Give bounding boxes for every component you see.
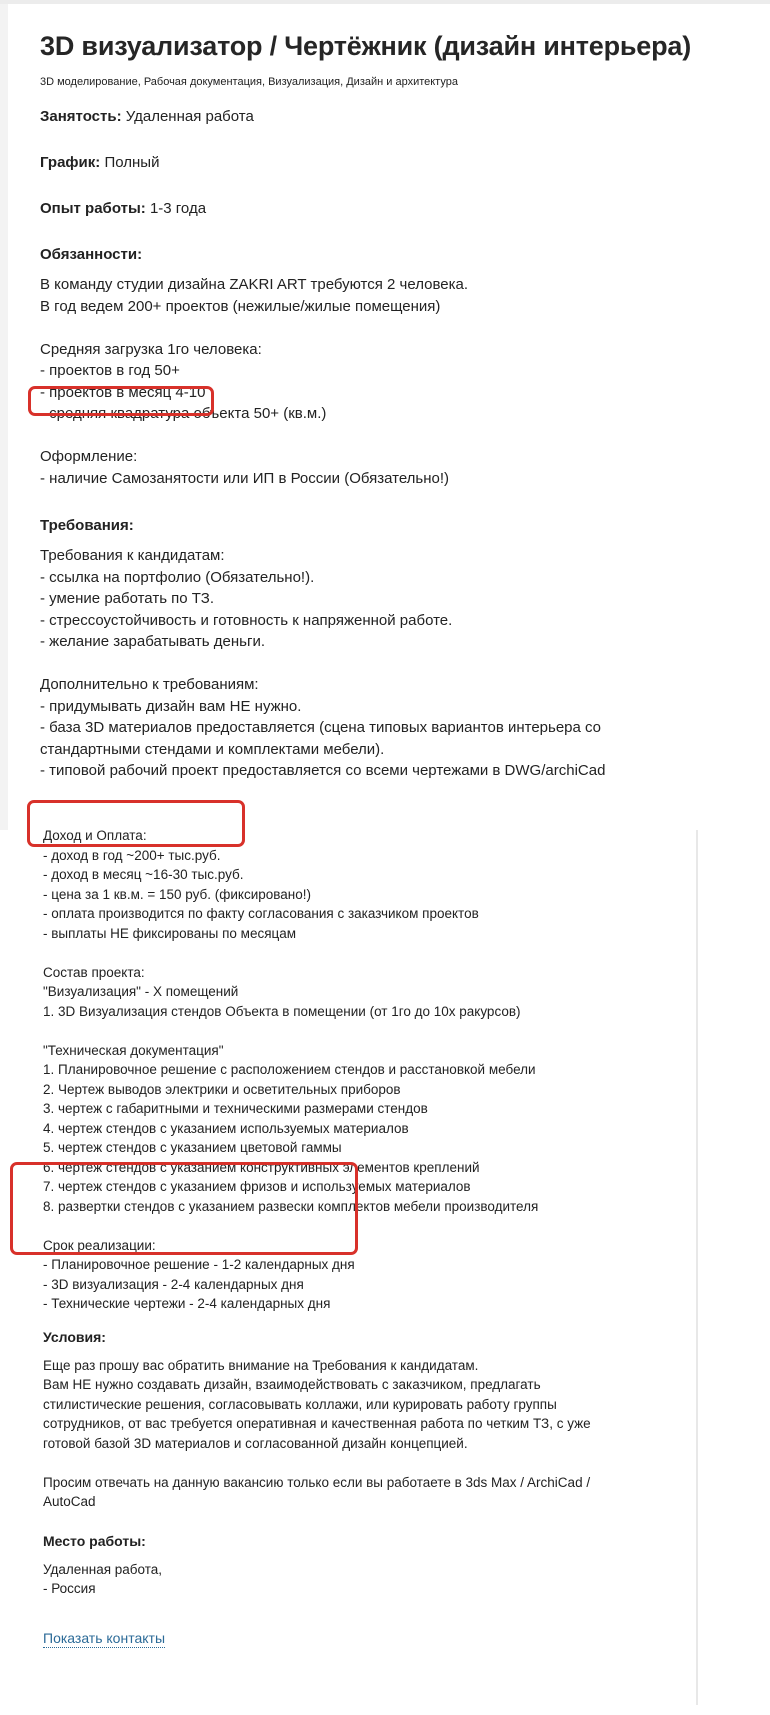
- text-line: сотрудников, от вас требуется оперативна…: [43, 1414, 683, 1434]
- text-line: Удаленная работа,: [43, 1560, 683, 1580]
- text-line: - оплата производится по факту согласова…: [43, 904, 683, 924]
- text-line: Просим отвечать на данную вакансию тольк…: [43, 1473, 683, 1493]
- text-line: Состав проекта:: [43, 963, 683, 983]
- text-line: В команду студии дизайна ZAKRI ART требу…: [40, 274, 730, 296]
- text-line: 8. развертки стендов с указанием развеск…: [43, 1197, 683, 1217]
- field-value: 1-3 года: [150, 200, 206, 217]
- field-label: График:: [40, 154, 100, 171]
- text-line: 4. чертеж стендов с указанием используем…: [43, 1119, 683, 1139]
- text-line: - доход в месяц ~16-30 тыс.руб.: [43, 865, 683, 885]
- text-line: стандартными стендами и комплектами мебе…: [40, 739, 730, 761]
- duties-heading: Обязанности:: [40, 246, 730, 264]
- location-heading: Место работы:: [43, 1532, 683, 1550]
- blank-line: [43, 1021, 683, 1041]
- text-line: - придумывать дизайн вам НЕ нужно.: [40, 696, 730, 718]
- field-schedule: График: Полный: [40, 154, 730, 172]
- left-edge: [0, 4, 8, 830]
- duties-text: В команду студии дизайна ZAKRI ART требу…: [40, 274, 730, 489]
- text-line: 2. Чертеж выводов электрики и осветитель…: [43, 1080, 683, 1100]
- blank-line: [40, 425, 730, 447]
- text-line: - средняя квадратура объекта 50+ (кв.м.): [40, 403, 730, 425]
- text-line: 1. Планировочное решение с расположением…: [43, 1060, 683, 1080]
- blank-line: [43, 1453, 683, 1473]
- requirements-text: Требования к кандидатам:- ссылка на порт…: [40, 545, 730, 782]
- text-line: - доход в год ~200+ тыс.руб.: [43, 846, 683, 866]
- blank-line: [40, 317, 730, 339]
- text-line: - 3D визуализация - 2-4 календарных дня: [43, 1275, 683, 1295]
- vacancy-panel-top: 3D визуализатор / Чертёжник (дизайн инте…: [0, 0, 770, 830]
- text-line: "Техническая документация": [43, 1041, 683, 1061]
- text-line: - проектов в месяц 4-10: [40, 382, 730, 404]
- vacancy-tags: 3D моделирование, Рабочая документация, …: [40, 75, 730, 89]
- text-line: 5. чертеж стендов с указанием цветовой г…: [43, 1138, 683, 1158]
- text-line: - проектов в год 50+: [40, 360, 730, 382]
- requirements-heading: Требования:: [40, 517, 730, 535]
- field-employment: Занятость: Удаленная работа: [40, 108, 730, 126]
- text-line: - стрессоустойчивость и готовность к нап…: [40, 610, 730, 632]
- vacancy-panel-bottom: Доход и Оплата:- доход в год ~200+ тыс.р…: [0, 830, 770, 1715]
- text-line: 3. чертеж с габаритными и техническими р…: [43, 1099, 683, 1119]
- text-line: Средняя загрузка 1го человека:: [40, 339, 730, 361]
- text-line: готовой базой 3D материалов и согласован…: [43, 1434, 683, 1454]
- field-label: Занятость:: [40, 108, 122, 125]
- field-label: Опыт работы:: [40, 200, 146, 217]
- income-text: Доход и Оплата:- доход в год ~200+ тыс.р…: [43, 826, 683, 943]
- text-line: стилистические решения, согласовывать ко…: [43, 1395, 683, 1415]
- text-line: - желание зарабатывать деньги.: [40, 631, 730, 653]
- text-line: 7. чертеж стендов с указанием фризов и и…: [43, 1177, 683, 1197]
- column-divider: [696, 830, 698, 1705]
- show-contacts-link[interactable]: Показать контакты: [43, 1629, 165, 1648]
- conditions-heading: Условия:: [43, 1328, 683, 1346]
- text-line: Дополнительно к требованиям:: [40, 674, 730, 696]
- text-line: 6. чертеж стендов с указанием конструкти…: [43, 1158, 683, 1178]
- field-value: Полный: [104, 154, 159, 171]
- text-line: AutoCad: [43, 1492, 683, 1512]
- blank-line: [40, 653, 730, 675]
- text-line: - умение работать по ТЗ.: [40, 588, 730, 610]
- vacancy-title: 3D визуализатор / Чертёжник (дизайн инте…: [40, 30, 730, 62]
- conditions-text: Еще раз прошу вас обратить внимание на Т…: [43, 1356, 683, 1512]
- field-value: Удаленная работа: [126, 108, 254, 125]
- text-line: - база 3D материалов предоставляется (сц…: [40, 717, 730, 739]
- text-line: - типовой рабочий проект предоставляется…: [40, 760, 730, 782]
- location-text: Удаленная работа,- Россия: [43, 1560, 683, 1599]
- text-line: - Технические чертежи - 2-4 календарных …: [43, 1294, 683, 1314]
- field-experience: Опыт работы: 1-3 года: [40, 200, 730, 218]
- project-composition-text: Состав проекта:"Визуализация" - Х помеще…: [43, 963, 683, 1217]
- deadlines-text: Срок реализации:- Планировочное решение …: [43, 1236, 683, 1314]
- top-bar: [0, 0, 770, 4]
- vacancy-content-bottom: Доход и Оплата:- доход в год ~200+ тыс.р…: [43, 830, 683, 1648]
- text-line: 1. 3D Визуализация стендов Объекта в пом…: [43, 1002, 683, 1022]
- text-line: Срок реализации:: [43, 1236, 683, 1256]
- text-line: Требования к кандидатам:: [40, 545, 730, 567]
- text-line: Еще раз прошу вас обратить внимание на Т…: [43, 1356, 683, 1376]
- text-line: Вам НЕ нужно создавать дизайн, взаимодей…: [43, 1375, 683, 1395]
- text-line: - цена за 1 кв.м. = 150 руб. (фиксирован…: [43, 885, 683, 905]
- vacancy-content-top: 3D визуализатор / Чертёжник (дизайн инте…: [40, 30, 730, 782]
- text-line: Оформление:: [40, 446, 730, 468]
- text-line: В год ведем 200+ проектов (нежилые/жилые…: [40, 296, 730, 318]
- text-line: - Планировочное решение - 1-2 календарны…: [43, 1255, 683, 1275]
- text-line: Доход и Оплата:: [43, 826, 683, 846]
- text-line: - выплаты НЕ фиксированы по месяцам: [43, 924, 683, 944]
- text-line: - наличие Самозанятости или ИП в России …: [40, 468, 730, 490]
- text-line: "Визуализация" - Х помещений: [43, 982, 683, 1002]
- text-line: - ссылка на портфолио (Обязательно!).: [40, 567, 730, 589]
- text-line: - Россия: [43, 1579, 683, 1599]
